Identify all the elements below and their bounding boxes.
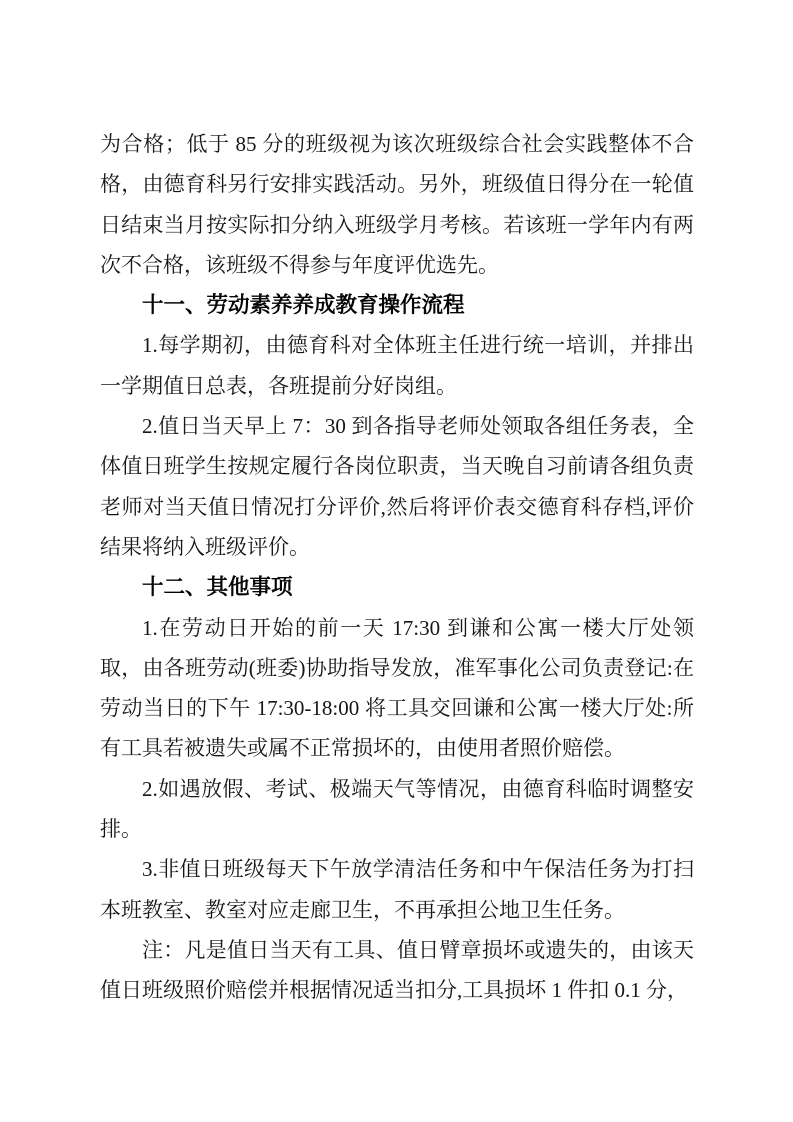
document-page: 为合格；低于 85 分的班级视为该次班级综合社会实践整体不合格，由德育科另行安排…	[0, 0, 793, 1122]
section-heading-12: 十二、其他事项	[100, 567, 694, 607]
section-heading-11: 十一、劳动素养养成教育操作流程	[100, 285, 694, 325]
document-body: 为合格；低于 85 分的班级视为该次班级综合社会实践整体不合格，由德育科另行安排…	[100, 124, 694, 1011]
paragraph-12-item-2: 2.如遇放假、考试、极端天气等情况，由德育科临时调整安排。	[100, 769, 694, 850]
paragraph-11-item-2: 2.值日当天早上 7：30 到各指导老师处领取各组任务表，全体值日班学生按规定履…	[100, 406, 694, 567]
paragraph-continuation: 为合格；低于 85 分的班级视为该次班级综合社会实践整体不合格，由德育科另行安排…	[100, 124, 694, 285]
paragraph-note: 注：凡是值日当天有工具、值日臂章损坏或遗失的，由该天值日班级照价赔偿并根据情况适…	[100, 930, 694, 1011]
paragraph-12-item-3: 3.非值日班级每天下午放学清洁任务和中午保洁任务为打扫本班教室、教室对应走廊卫生…	[100, 849, 694, 930]
paragraph-11-item-1: 1.每学期初，由德育科对全体班主任进行统一培训，并排出一学期值日总表，各班提前分…	[100, 325, 694, 406]
paragraph-12-item-1: 1.在劳动日开始的前一天 17:30 到谦和公寓一楼大厅处领取，由各班劳动(班委…	[100, 608, 694, 769]
